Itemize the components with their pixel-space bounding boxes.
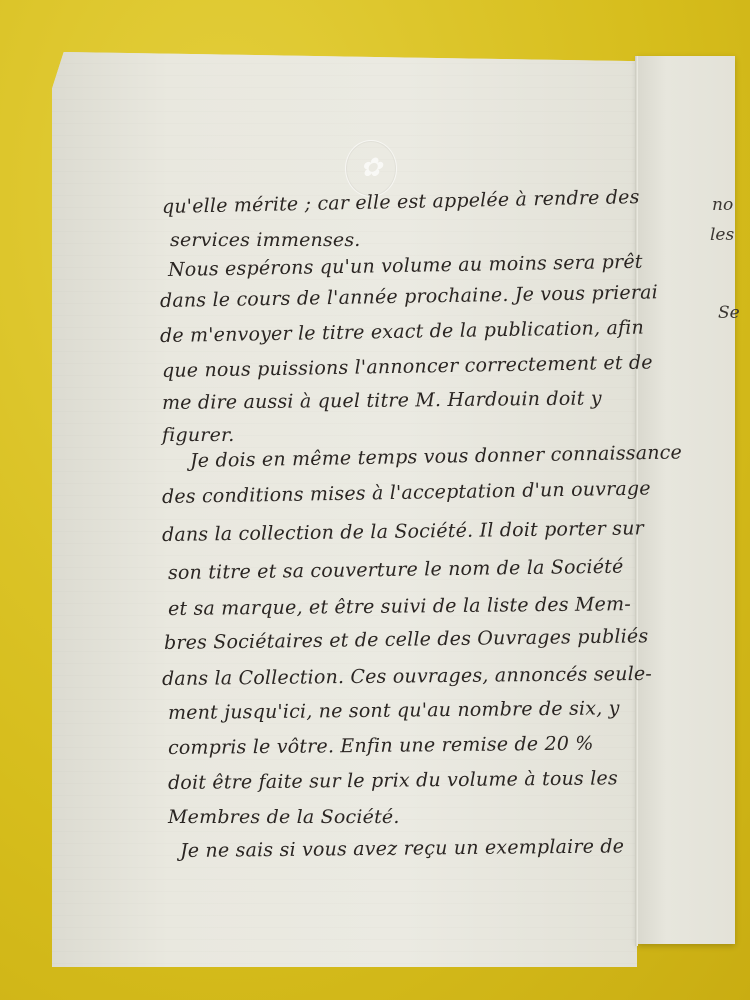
- letter-line: doit être faite sur le prix du volume à …: [168, 767, 618, 794]
- letter-line: compris le vôtre. Enfin une remise de 20…: [168, 733, 594, 759]
- letter-next-page-edge: [637, 56, 735, 944]
- letter-line: Je ne sais si vous avez reçu un exemplai…: [180, 835, 624, 862]
- letter-line: services immenses.: [170, 229, 361, 251]
- letter-line: figurer.: [162, 424, 234, 446]
- embossed-monogram-icon: ✿: [345, 140, 397, 197]
- next-page-fragment: Se: [718, 303, 740, 323]
- letter-line: Membres de la Société.: [168, 806, 400, 828]
- letter-line: me dire aussi à quel titre M. Hardouin d…: [162, 387, 602, 414]
- next-page-fragment: les: [710, 225, 734, 245]
- next-page-fragment: no: [712, 195, 733, 215]
